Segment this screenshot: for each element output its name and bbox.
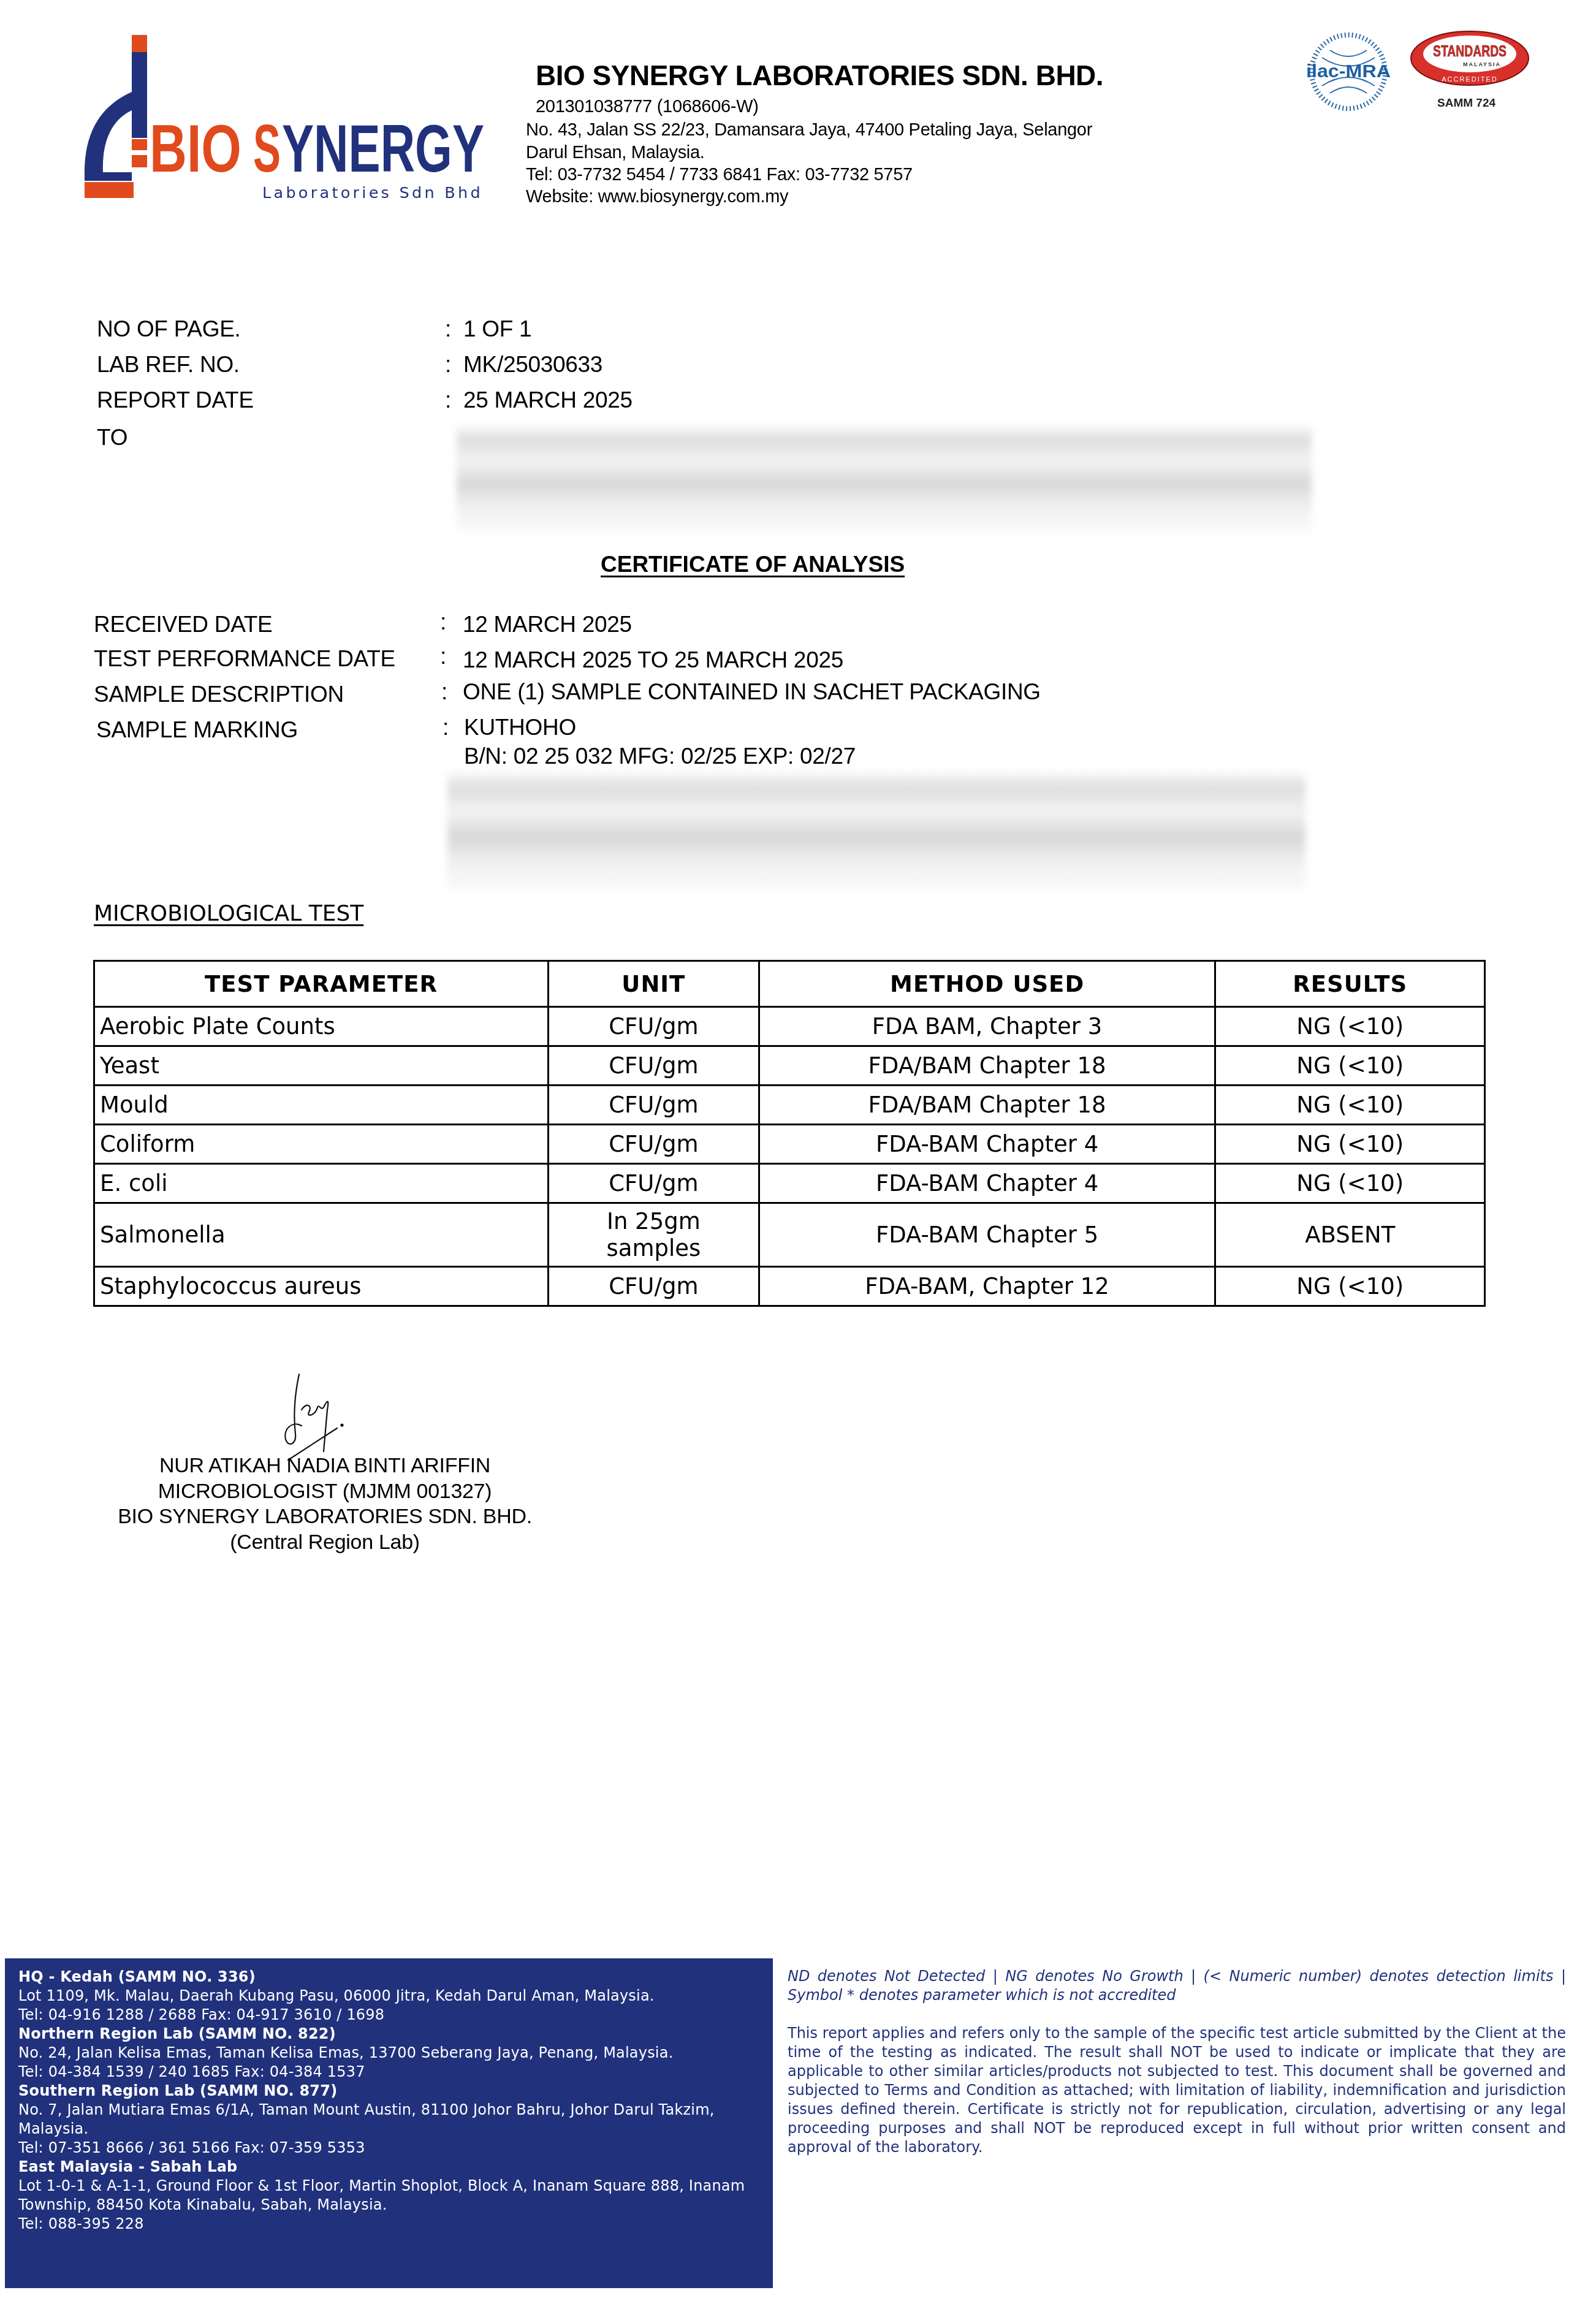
samm-accreditation-number: SAMM 724	[1437, 97, 1495, 110]
svg-text:ilac-MRA: ilac-MRA	[1306, 61, 1391, 82]
branch-heading: Southern Region Lab (SAMM NO. 877)	[18, 2082, 766, 2101]
signatory-title: MICROBIOLOGIST (MJMM 001327)	[80, 1480, 570, 1504]
branch-phone: Tel: 04-916 1288 / 2688 Fax: 04-917 3610…	[18, 2006, 766, 2025]
header-results: RESULTS	[1215, 961, 1485, 1007]
cell-parameter: Yeast	[94, 1046, 549, 1086]
company-name: BIO SYNERGY LABORATORIES SDN. BHD.	[536, 59, 1103, 92]
footer-notes: ND denotes Not Detected | NG denotes No …	[788, 1967, 1566, 2157]
branch-northern: Northern Region Lab (SAMM NO. 822) No. 2…	[18, 2025, 766, 2082]
cell-parameter: Mould	[94, 1086, 549, 1125]
test-performance-date-value: 12 MARCH 2025 TO 25 MARCH 2025	[463, 647, 843, 673]
branch-address: No. 24, Jalan Kelisa Emas, Taman Kelisa …	[18, 2044, 766, 2063]
colon: :	[440, 609, 446, 635]
svg-text:ACCREDITED: ACCREDITED	[1442, 76, 1498, 83]
cell-unit: CFU/gm	[549, 1125, 759, 1164]
svg-text:YNERGY: YNERGY	[282, 111, 484, 186]
microbiological-test-heading: MICROBIOLOGICAL TEST	[94, 901, 363, 926]
sample-description-label: SAMPLE DESCRIPTION	[94, 682, 344, 707]
results-table: TEST PARAMETER UNIT METHOD USED RESULTS …	[93, 960, 1486, 1307]
branch-hq-kedah: HQ - Kedah (SAMM NO. 336) Lot 1109, Mk. …	[18, 1968, 766, 2025]
no-of-page-value: 1 OF 1	[463, 316, 531, 342]
address-line-2: Darul Ehsan, Malaysia.	[526, 143, 705, 163]
header-unit: UNIT	[549, 961, 759, 1007]
cell-result: NG (<10)	[1215, 1086, 1485, 1125]
cell-method: FDA BAM, Chapter 3	[759, 1007, 1215, 1046]
svg-text:MALAYSIA: MALAYSIA	[1463, 61, 1501, 67]
header-test-parameter: TEST PARAMETER	[94, 961, 549, 1007]
sample-marking-value: KUTHOHO	[464, 715, 576, 740]
signatory-name: NUR ATIKAH NADIA BINTI ARIFFIN	[80, 1454, 570, 1478]
to-label: TO	[97, 425, 127, 451]
redacted-recipient-address	[457, 423, 1312, 533]
ilac-mra-badge-icon: ilac-MRA	[1302, 32, 1394, 112]
wordmark-bio: BIO	[150, 111, 241, 186]
colon: :	[445, 352, 451, 378]
sample-marking-label: SAMPLE MARKING	[96, 717, 298, 743]
table-row: E. coli CFU/gm FDA-BAM Chapter 4 NG (<10…	[94, 1164, 1485, 1203]
colon: :	[443, 715, 449, 740]
branch-phone: Tel: 04-384 1539 / 240 1685 Fax: 04-384 …	[18, 2063, 766, 2082]
svg-text:S: S	[253, 111, 281, 186]
cell-unit-line-2: samples	[554, 1235, 753, 1262]
cell-result: NG (<10)	[1215, 1267, 1485, 1306]
cell-unit: CFU/gm	[549, 1046, 759, 1086]
branch-sabah: East Malaysia - Sabah Lab Lot 1-0-1 & A-…	[18, 2158, 766, 2234]
branch-phone: Tel: 07-351 8666 / 361 5166 Fax: 07-359 …	[18, 2139, 766, 2158]
branch-heading: Northern Region Lab (SAMM NO. 822)	[18, 2025, 766, 2044]
cell-unit: CFU/gm	[549, 1164, 759, 1203]
no-of-page-label: NO OF PAGE.	[97, 316, 241, 342]
branch-southern: Southern Region Lab (SAMM NO. 877) No. 7…	[18, 2082, 766, 2158]
branch-heading: East Malaysia - Sabah Lab	[18, 2158, 766, 2177]
cell-result: NG (<10)	[1215, 1046, 1485, 1086]
telephone-fax: Tel: 03-7732 5454 / 7733 6841 Fax: 03-77…	[526, 165, 913, 185]
footer-branches: HQ - Kedah (SAMM NO. 336) Lot 1109, Mk. …	[18, 1968, 766, 2234]
cell-method: FDA-BAM Chapter 4	[759, 1164, 1215, 1203]
received-date-value: 12 MARCH 2025	[463, 612, 632, 637]
cell-unit: CFU/gm	[549, 1086, 759, 1125]
table-row: Yeast CFU/gm FDA/BAM Chapter 18 NG (<10)	[94, 1046, 1485, 1086]
table-row: Salmonella In 25gm samples FDA-BAM Chapt…	[94, 1203, 1485, 1267]
sample-description-value: ONE (1) SAMPLE CONTAINED IN SACHET PACKA…	[463, 679, 1041, 705]
report-date-label: REPORT DATE	[97, 387, 254, 413]
branch-address: No. 7, Jalan Mutiara Emas 6/1A, Taman Mo…	[18, 2101, 742, 2139]
cell-unit: CFU/gm	[549, 1007, 759, 1046]
cell-method: FDA/BAM Chapter 18	[759, 1086, 1215, 1125]
cell-parameter: Salmonella	[94, 1203, 549, 1267]
standards-malaysia-badge-icon: STANDARDS MALAYSIA ACCREDITED	[1408, 29, 1531, 88]
lab-ref-value: MK/25030633	[463, 352, 602, 378]
cell-parameter: Aerobic Plate Counts	[94, 1007, 549, 1046]
certificate-title: CERTIFICATE OF ANALYSIS	[601, 552, 905, 577]
table-row: Staphylococcus aureus CFU/gm FDA-BAM, Ch…	[94, 1267, 1485, 1306]
report-date-value: 25 MARCH 2025	[463, 387, 633, 413]
microscope-logo-icon	[85, 35, 147, 198]
cell-result: NG (<10)	[1215, 1125, 1485, 1164]
colon: :	[445, 387, 451, 413]
handwritten-signature-icon	[264, 1367, 374, 1465]
colon: :	[445, 316, 451, 342]
sample-marking-batch: B/N: 02 25 032 MFG: 02/25 EXP: 02/27	[464, 744, 856, 769]
lab-ref-label: LAB REF. NO.	[97, 352, 240, 378]
signatory-lab: (Central Region Lab)	[80, 1531, 570, 1554]
cell-unit: In 25gm samples	[549, 1203, 759, 1267]
bio-synergy-logo: BIO S YNERGY Laboratories Sdn Bhd	[78, 34, 507, 205]
svg-text:STANDARDS: STANDARDS	[1433, 42, 1507, 60]
table-row: Mould CFU/gm FDA/BAM Chapter 18 NG (<10)	[94, 1086, 1485, 1125]
cell-unit-line-1: In 25gm	[554, 1208, 753, 1235]
disclaimer: This report applies and refers only to t…	[788, 2024, 1566, 2157]
cell-result: ABSENT	[1215, 1203, 1485, 1267]
cell-parameter: Staphylococcus aureus	[94, 1267, 549, 1306]
table-row: Coliform CFU/gm FDA-BAM Chapter 4 NG (<1…	[94, 1125, 1485, 1164]
website: Website: www.biosynergy.com.my	[526, 187, 788, 207]
address-line-1: No. 43, Jalan SS 22/23, Damansara Jaya, …	[526, 120, 1092, 140]
test-performance-date-label: TEST PERFORMANCE DATE	[94, 646, 395, 672]
branch-address: Lot 1109, Mk. Malau, Daerah Kubang Pasu,…	[18, 1987, 766, 2006]
table-row: Aerobic Plate Counts CFU/gm FDA BAM, Cha…	[94, 1007, 1485, 1046]
cell-parameter: Coliform	[94, 1125, 549, 1164]
branch-phone: Tel: 088-395 228	[18, 2215, 766, 2234]
header-method-used: METHOD USED	[759, 961, 1215, 1007]
cell-method: FDA-BAM Chapter 4	[759, 1125, 1215, 1164]
colon: :	[441, 679, 447, 705]
redacted-sample-details	[447, 769, 1305, 892]
colon: :	[440, 644, 446, 669]
svg-text:Laboratories Sdn Bhd: Laboratories Sdn Bhd	[262, 184, 483, 202]
registration-number: 201301038777 (1068606-W)	[536, 97, 759, 117]
branch-heading: HQ - Kedah (SAMM NO. 336)	[18, 1968, 766, 1987]
cell-parameter: E. coli	[94, 1164, 549, 1203]
branch-address: Lot 1-0-1 & A-1-1, Ground Floor & 1st Fl…	[18, 2177, 754, 2215]
cell-method: FDA/BAM Chapter 18	[759, 1046, 1215, 1086]
signatory-company: BIO SYNERGY LABORATORIES SDN. BHD.	[80, 1505, 570, 1529]
cell-result: NG (<10)	[1215, 1164, 1485, 1203]
cell-method: FDA-BAM, Chapter 12	[759, 1267, 1215, 1306]
table-header-row: TEST PARAMETER UNIT METHOD USED RESULTS	[94, 961, 1485, 1007]
cell-result: NG (<10)	[1215, 1007, 1485, 1046]
received-date-label: RECEIVED DATE	[94, 612, 272, 637]
abbreviation-legend: ND denotes Not Detected | NG denotes No …	[788, 1967, 1566, 2005]
cell-method: FDA-BAM Chapter 5	[759, 1203, 1215, 1267]
cell-unit: CFU/gm	[549, 1267, 759, 1306]
